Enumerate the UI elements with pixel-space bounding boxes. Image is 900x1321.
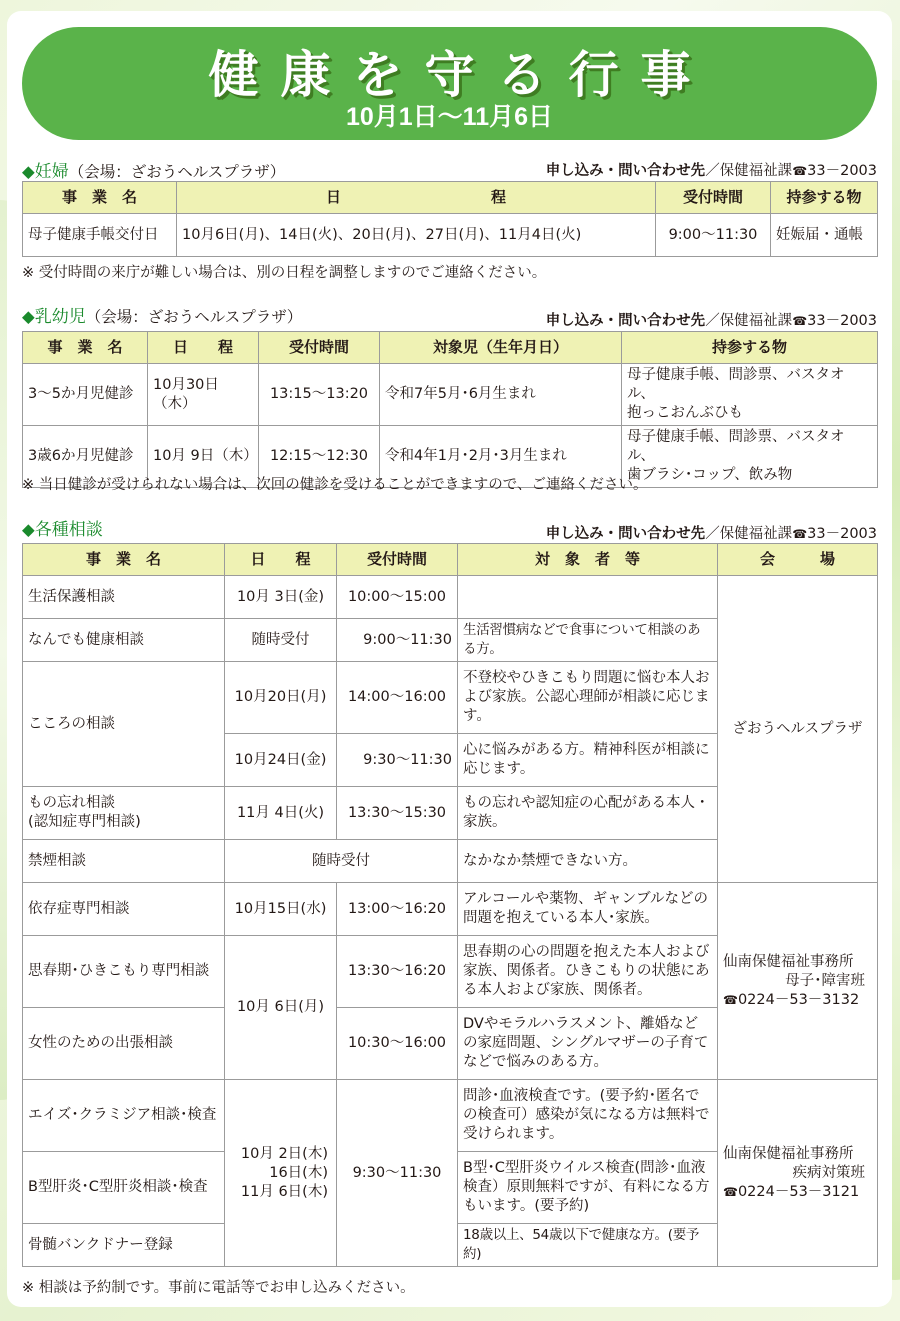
phone-icon: ☎ xyxy=(792,527,807,541)
phone-icon: ☎ xyxy=(723,1185,738,1199)
consult-table: 事 業 名 日 程 受付時間 対 象 者 等 会 場 生活保護相談 10月 3日… xyxy=(22,543,878,1267)
note: ※ 相談は予約制です。事前に電話等でお申し込みください。 xyxy=(22,1276,415,1297)
diamond-icon: ◆ xyxy=(22,307,35,326)
contact-info: 申し込み・問い合わせ先／保健福祉課☎33－2003 xyxy=(546,159,877,180)
section-header-pregnancy: ◆妊婦（会場：ざおうヘルスプラザ） 申し込み・問い合わせ先／保健福祉課☎33－2… xyxy=(22,157,877,179)
date-range: 10月1日～11月6日 xyxy=(22,97,877,133)
phone-icon: ☎ xyxy=(792,164,807,178)
note: ※ 受付時間の来庁が難しい場合は、別の日程を調整しますのでご連絡ください。 xyxy=(22,261,546,282)
section-title: 乳幼児 xyxy=(35,307,86,327)
venue-cell: ざおうヘルスプラザ xyxy=(718,576,878,883)
section-title: 妊婦 xyxy=(35,162,69,182)
note: ※ 当日健診が受けられない場合は、次回の健診を受けることができますので、ご連絡く… xyxy=(22,473,647,494)
table-row: 生活保護相談 10月 3日(金) 10:00～15:00 ざおうヘルスプラザ xyxy=(23,576,878,619)
venue-cell: 仙南保健福祉事務所 母子･障害班 ☎0224－53－3132 xyxy=(718,883,878,1080)
table-header-row: 事 業 名 日 程 受付時間 対 象 者 等 会 場 xyxy=(23,544,878,576)
title-banner: 健康を守る行事 10月1日～11月6日 xyxy=(22,27,877,140)
table-header-row: 事 業 名 日 程 受付時間 対象児（生年月日） 持参する物 xyxy=(23,332,878,364)
pregnancy-table: 事 業 名 日 程 受付時間 持参する物 母子健康手帳交付日 10月6日(月)、… xyxy=(22,181,878,257)
table-header-row: 事 業 名 日 程 受付時間 持参する物 xyxy=(23,182,878,214)
table-row: 母子健康手帳交付日 10月6日(月)、14日(火)、20日(月)、27日(月)、… xyxy=(23,214,878,257)
section-header-infant: ◆乳幼児（会場：ざおうヘルスプラザ） 申し込み・問い合わせ先／保健福祉課☎33－… xyxy=(22,302,877,324)
venue-cell: 仙南保健福祉事務所 疾病対策班 ☎0224－53－3121 xyxy=(718,1080,878,1267)
phone-icon: ☎ xyxy=(723,993,738,1007)
section-venue: （会場：ざおうヘルスプラザ） xyxy=(69,163,286,181)
table-row: エイズ･クラミジア相談･検査 10月 2日(木) 16日(木) 11月 6日(木… xyxy=(23,1080,878,1152)
table-row: 依存症専門相談 10月15日(水) 13:00～16:20 アルコールや薬物、ギ… xyxy=(23,883,878,936)
phone-icon: ☎ xyxy=(792,314,807,328)
section-title: 各種相談 xyxy=(35,520,103,540)
contact-info: 申し込み・問い合わせ先／保健福祉課☎33－2003 xyxy=(546,522,877,543)
contact-info: 申し込み・問い合わせ先／保健福祉課☎33－2003 xyxy=(546,309,877,330)
diamond-icon: ◆ xyxy=(22,162,35,181)
diamond-icon: ◆ xyxy=(22,520,35,539)
date-cell: 10月 2日(木) 16日(木) 11月 6日(木) xyxy=(225,1080,337,1267)
infant-table: 事 業 名 日 程 受付時間 対象児（生年月日） 持参する物 3～5か月児健診 … xyxy=(22,331,878,488)
table-row: 3～5か月児健診 10月30日（木） 13:15～13:20 令和7年5月･6月… xyxy=(23,364,878,426)
section-venue: （会場：ざおうヘルスプラザ） xyxy=(86,308,303,326)
section-header-consult: ◆各種相談 申し込み・問い合わせ先／保健福祉課☎33－2003 xyxy=(22,515,877,537)
